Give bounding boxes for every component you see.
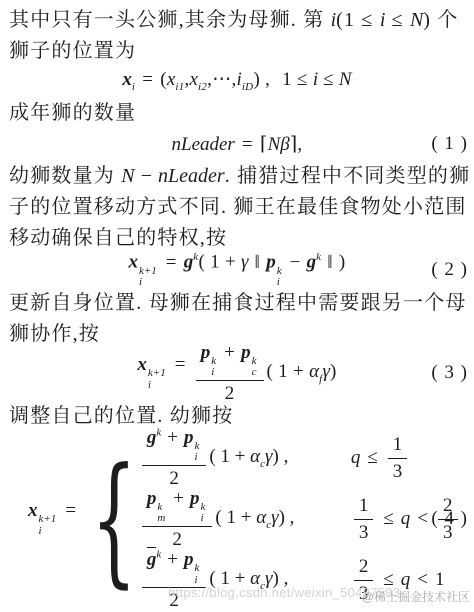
math-var: γ bbox=[265, 446, 273, 467]
body-text: 其中只有一头公狮,其余为母狮. 第 bbox=[9, 9, 331, 31]
equation-number: ( 2 ) bbox=[431, 259, 468, 281]
case-expression: gk+pki 2 ( 1 + αcγ) , bbox=[139, 547, 335, 612]
case-expression: pkm+pki 2 ( 1 + αcγ) , bbox=[139, 487, 335, 552]
case-brace: { bbox=[91, 449, 137, 589]
math-var: γ bbox=[241, 252, 249, 273]
fraction: 13 bbox=[388, 433, 408, 484]
relation-sign: ≤ bbox=[367, 447, 377, 469]
math-vector: g bbox=[184, 252, 194, 273]
case-expression: gk+pki 2 ( 1 + αcγ) , bbox=[139, 426, 335, 491]
math-vector: x bbox=[128, 252, 138, 273]
math-tail: ( 1 + αcγ) , bbox=[209, 446, 288, 470]
body-text: ≤ bbox=[385, 9, 410, 31]
paren: ( 1 + bbox=[267, 361, 310, 382]
equals-sign: = bbox=[166, 252, 177, 273]
math-scripts: k+1i bbox=[139, 266, 157, 289]
equation-4: xk+1i= { gk+pki 2 ( 1 + αcγ) , q ≤ 13 bbox=[0, 430, 474, 608]
fraction-numerator: pkm+pki bbox=[142, 487, 213, 527]
range-text: 1 ≤ bbox=[282, 69, 313, 90]
math-scripts: kc bbox=[252, 356, 257, 379]
body-text: 成年狮的数量 bbox=[9, 102, 136, 124]
fraction: pki+pkc 2 bbox=[196, 341, 264, 406]
comma: , bbox=[297, 134, 302, 155]
fraction: pkm+pki 2 bbox=[142, 487, 213, 552]
equals-sign: = bbox=[65, 500, 76, 521]
math-superscript: k bbox=[156, 426, 161, 438]
math-superscript: k bbox=[156, 549, 161, 561]
fraction-denominator: 3 bbox=[393, 459, 403, 484]
relation-sign: < bbox=[417, 508, 428, 530]
plus-sign: + bbox=[167, 549, 178, 570]
ceiling-left: ⌈ bbox=[260, 134, 268, 155]
body-text: ) 个 bbox=[423, 9, 458, 31]
body-text: . 捕猎过程中不同类型的狮 bbox=[225, 165, 471, 187]
paren: ) , bbox=[273, 446, 289, 467]
body-text: 移动确保自己的特权,按 bbox=[9, 227, 227, 249]
math-scripts: ki bbox=[194, 441, 199, 464]
paren: ) , bbox=[279, 507, 295, 528]
fraction: gk+pki 2 bbox=[142, 547, 207, 612]
paren: ( 1 + bbox=[215, 507, 256, 528]
paragraph-line-2: 狮子的位置为 bbox=[9, 38, 470, 64]
math-var: N bbox=[339, 69, 352, 90]
math-scripts: ki bbox=[211, 356, 216, 379]
math-expression: nLeader=⌈Nβ⌉, bbox=[172, 133, 303, 156]
paren: ) bbox=[339, 252, 346, 273]
math-scripts: km bbox=[157, 502, 165, 525]
math-var: α bbox=[309, 361, 319, 382]
equation-2: xk+1i=gk( 1 + γ‖pki−gk‖) ( 2 ) bbox=[0, 250, 474, 290]
math-var: γ bbox=[322, 361, 330, 382]
math-lhs: xk+1i= bbox=[137, 354, 192, 391]
paragraph-line-4: 幼狮数量为 N − nLeader. 捕猎过程中不同类型的狮 bbox=[9, 163, 470, 189]
fraction-denominator: 3 bbox=[359, 520, 369, 545]
body-text: 子的位置移动方式不同. 狮王在最佳食物处小范围 bbox=[9, 196, 467, 218]
math-subscript: i bbox=[132, 80, 135, 92]
body-text: (1 ≤ bbox=[336, 9, 380, 31]
math-subscript: iD bbox=[242, 80, 254, 92]
watermark-community-tag: @稀土掘金技术社区 bbox=[362, 588, 470, 605]
math-vector: x bbox=[28, 500, 38, 521]
math-scripts: ki bbox=[194, 563, 199, 586]
math-tail: ( 1 + αcγ) , bbox=[215, 507, 294, 531]
range-text: ≤ bbox=[318, 69, 339, 90]
math-vector: p bbox=[147, 488, 157, 509]
paper-page: 其中只有一头公狮,其余为母狮. 第 i(1 ≤ i ≤ N) 个 狮子的位置为 … bbox=[0, 0, 474, 612]
paren: ( bbox=[160, 69, 167, 90]
body-text: 狮子的位置为 bbox=[9, 40, 136, 62]
relation-sign: ≤ bbox=[383, 508, 393, 530]
math-vector: x bbox=[122, 69, 132, 90]
case-row-2: pkm+pki 2 ( 1 + αcγ) , 13 ≤ q < 23 bbox=[139, 493, 461, 545]
paragraph-line-5: 子的位置移动方式不同. 狮王在最佳食物处小范围 bbox=[9, 194, 470, 220]
case-condition: q ≤ 13 bbox=[351, 433, 410, 484]
equation-number: ( 1 ) bbox=[431, 133, 468, 155]
ellipsis: ,⋯, bbox=[207, 69, 236, 90]
math-vector: g bbox=[147, 427, 157, 448]
plus-sign: + bbox=[173, 488, 184, 509]
equation-number: ( 4 ) bbox=[431, 508, 468, 530]
equals-sign: = bbox=[242, 134, 253, 155]
equals-sign: = bbox=[142, 69, 153, 90]
fraction: 13 bbox=[354, 494, 374, 545]
math-vector: p bbox=[266, 252, 276, 273]
fraction-numerator: gk+pki bbox=[142, 547, 207, 588]
plus-sign: + bbox=[167, 427, 178, 448]
equation-3: xk+1i= pki+pkc 2 ( 1 + αfγ) ( 3 ) bbox=[0, 344, 474, 402]
math-expression: xk+1i=gk( 1 + γ‖pki−gk‖) bbox=[128, 251, 345, 288]
fraction: gk+pki 2 bbox=[142, 426, 207, 491]
fraction-numerator: gk+pki bbox=[142, 426, 207, 466]
body-text: 幼狮数量为 bbox=[9, 165, 121, 187]
equation-1: nLeader=⌈Nβ⌉, ( 1 ) bbox=[0, 126, 474, 162]
plus-sign: + bbox=[224, 342, 235, 363]
math-var: α bbox=[256, 507, 266, 528]
math-var: N bbox=[410, 9, 423, 31]
equation-position-definition: xi=(xi1,xi2,⋯,iiD) ,1 ≤ i ≤ N bbox=[0, 62, 474, 98]
fraction-numerator: 1 bbox=[354, 494, 374, 520]
math-vector: g bbox=[307, 252, 317, 273]
math-scripts: k+1i bbox=[148, 368, 166, 391]
math-subscript: i2 bbox=[198, 80, 207, 92]
math-scripts: k+1i bbox=[39, 514, 57, 537]
math-var: q bbox=[401, 508, 411, 530]
math-superscript: k bbox=[316, 251, 321, 263]
math-scripts: ki bbox=[277, 266, 282, 289]
math-var: Nβ bbox=[268, 134, 290, 155]
math-vector: p bbox=[184, 549, 194, 570]
paragraph-line-1: 其中只有一头公狮,其余为母狮. 第 i(1 ≤ i ≤ N) 个 bbox=[9, 7, 470, 33]
math-scripts: ki bbox=[201, 502, 206, 525]
fraction-numerator: 2 bbox=[354, 555, 374, 581]
paren: ) , bbox=[253, 69, 270, 90]
equation-number: ( 3 ) bbox=[431, 362, 468, 384]
paren: ) bbox=[330, 361, 337, 382]
norm-bars: ‖ bbox=[255, 252, 261, 273]
fraction-denominator: 2 bbox=[225, 381, 235, 406]
body-text: 狮协作,按 bbox=[9, 323, 100, 345]
body-text: 更新自身位置. 母狮在捕食过程中需要跟另一个母 bbox=[9, 292, 467, 314]
math-expression: xi=(xi1,xi2,⋯,iiD) ,1 ≤ i ≤ N bbox=[122, 68, 351, 93]
math-var: nLeader bbox=[172, 134, 235, 155]
math-vector: p bbox=[201, 342, 211, 363]
math-var: q bbox=[351, 447, 361, 469]
fraction-numerator: pki+pkc bbox=[196, 341, 264, 381]
overbar: g bbox=[147, 547, 157, 569]
math-vector: p bbox=[241, 342, 251, 363]
paren: ( 1 + bbox=[198, 252, 241, 273]
math-var: γ bbox=[271, 507, 279, 528]
case-list: gk+pki 2 ( 1 + αcγ) , q ≤ 13 pkm+pki 2 bbox=[139, 432, 461, 606]
minus-sign: − bbox=[290, 252, 301, 273]
paragraph-line-7: 更新自身位置. 母狮在捕食过程中需要跟另一个母 bbox=[9, 290, 470, 316]
math-vector: p bbox=[184, 427, 194, 448]
math-vector: x bbox=[137, 354, 147, 375]
equals-sign: = bbox=[175, 354, 186, 375]
paragraph-line-6: 移动确保自己的特权,按 bbox=[9, 225, 470, 251]
paren: ( 1 + bbox=[209, 446, 250, 467]
paragraph-line-3: 成年狮的数量 bbox=[9, 100, 470, 126]
math-vector: g bbox=[147, 549, 157, 570]
fraction-numerator: 1 bbox=[388, 433, 408, 459]
case-row-1: gk+pki 2 ( 1 + αcγ) , q ≤ 13 bbox=[139, 432, 461, 484]
math-lhs: xk+1i= bbox=[28, 500, 83, 537]
norm-bars: ‖ bbox=[327, 252, 333, 273]
math-var: x bbox=[190, 69, 198, 90]
math-tail: ( 1 + αfγ) bbox=[267, 361, 337, 385]
body-text: 调整自己的位置. 幼狮按 bbox=[9, 405, 233, 427]
math-var: N − nLeader bbox=[121, 165, 225, 187]
math-var: α bbox=[250, 446, 260, 467]
math-vector: p bbox=[190, 488, 200, 509]
